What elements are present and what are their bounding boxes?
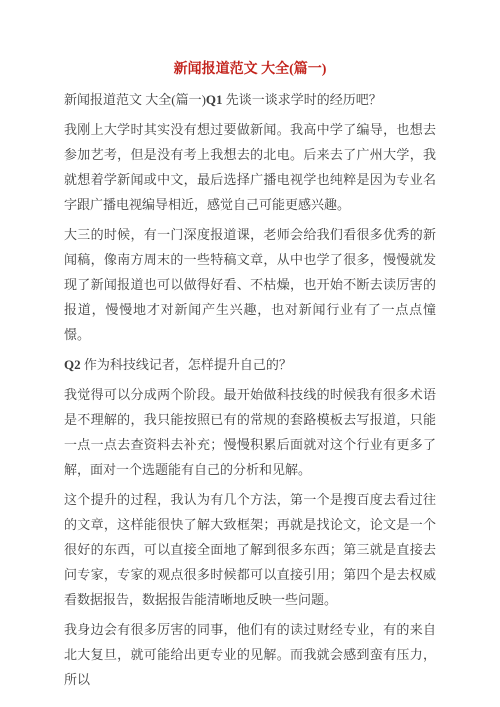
paragraph-answer-3: 我觉得可以分成两个阶段。最开始做科技线的时候我有很多术语是不理解的，我只能按照已… [64, 382, 436, 482]
text-run: 我刚上大学时其实没有想过要做新闻。我高中学了编导，也想去参加艺考，但是没有考上我… [64, 122, 436, 212]
q2-label: Q2 [64, 357, 81, 372]
paragraph-q1: 新闻报道范文 大全(篇一)Q1 先谈一谈求学时的经历吧？ [64, 87, 436, 112]
text-run: 这个提升的过程，我认为有几个方法，第一个是搜百度去看过往的文章，这样能很快了解大… [64, 492, 436, 607]
text-run: 先谈一谈求学时的经历吧？ [223, 92, 382, 107]
text-run: 我觉得可以分成两个阶段。最开始做科技线的时候我有很多术语是不理解的，我只能按照已… [64, 387, 436, 477]
q1-label: Q1 [206, 92, 223, 107]
paragraph-answer-5: 我身边会有很多厉害的同事，他们有的读过财经专业，有的来自北大复旦，就可能给出更专… [64, 617, 436, 692]
paragraph-answer-4: 这个提升的过程，我认为有几个方法，第一个是搜百度去看过往的文章，这样能很快了解大… [64, 487, 436, 612]
paragraph-answer-2: 大三的时候，有一门深度报道课，老师会给我们看很多优秀的新闻稿，像南方周末的一些特… [64, 222, 436, 347]
text-run: 大三的时候，有一门深度报道课，老师会给我们看很多优秀的新闻稿，像南方周末的一些特… [64, 227, 436, 342]
paragraph-answer-1: 我刚上大学时其实没有想过要做新闻。我高中学了编导，也想去参加艺考，但是没有考上我… [64, 117, 436, 217]
text-run: 新闻报道范文 大全(篇一) [64, 92, 206, 107]
paragraph-q2: Q2 作为科技线记者，怎样提升自己的？ [64, 352, 436, 377]
text-run: 我身边会有很多厉害的同事，他们有的读过财经专业，有的来自北大复旦，就可能给出更专… [64, 622, 436, 687]
text-run: 作为科技线记者，怎样提升自己的？ [81, 357, 292, 372]
document-page: 新闻报道范文 大全(篇一) 新闻报道范文 大全(篇一)Q1 先谈一谈求学时的经历… [0, 0, 500, 707]
page-title: 新闻报道范文 大全(篇一) [64, 57, 436, 82]
